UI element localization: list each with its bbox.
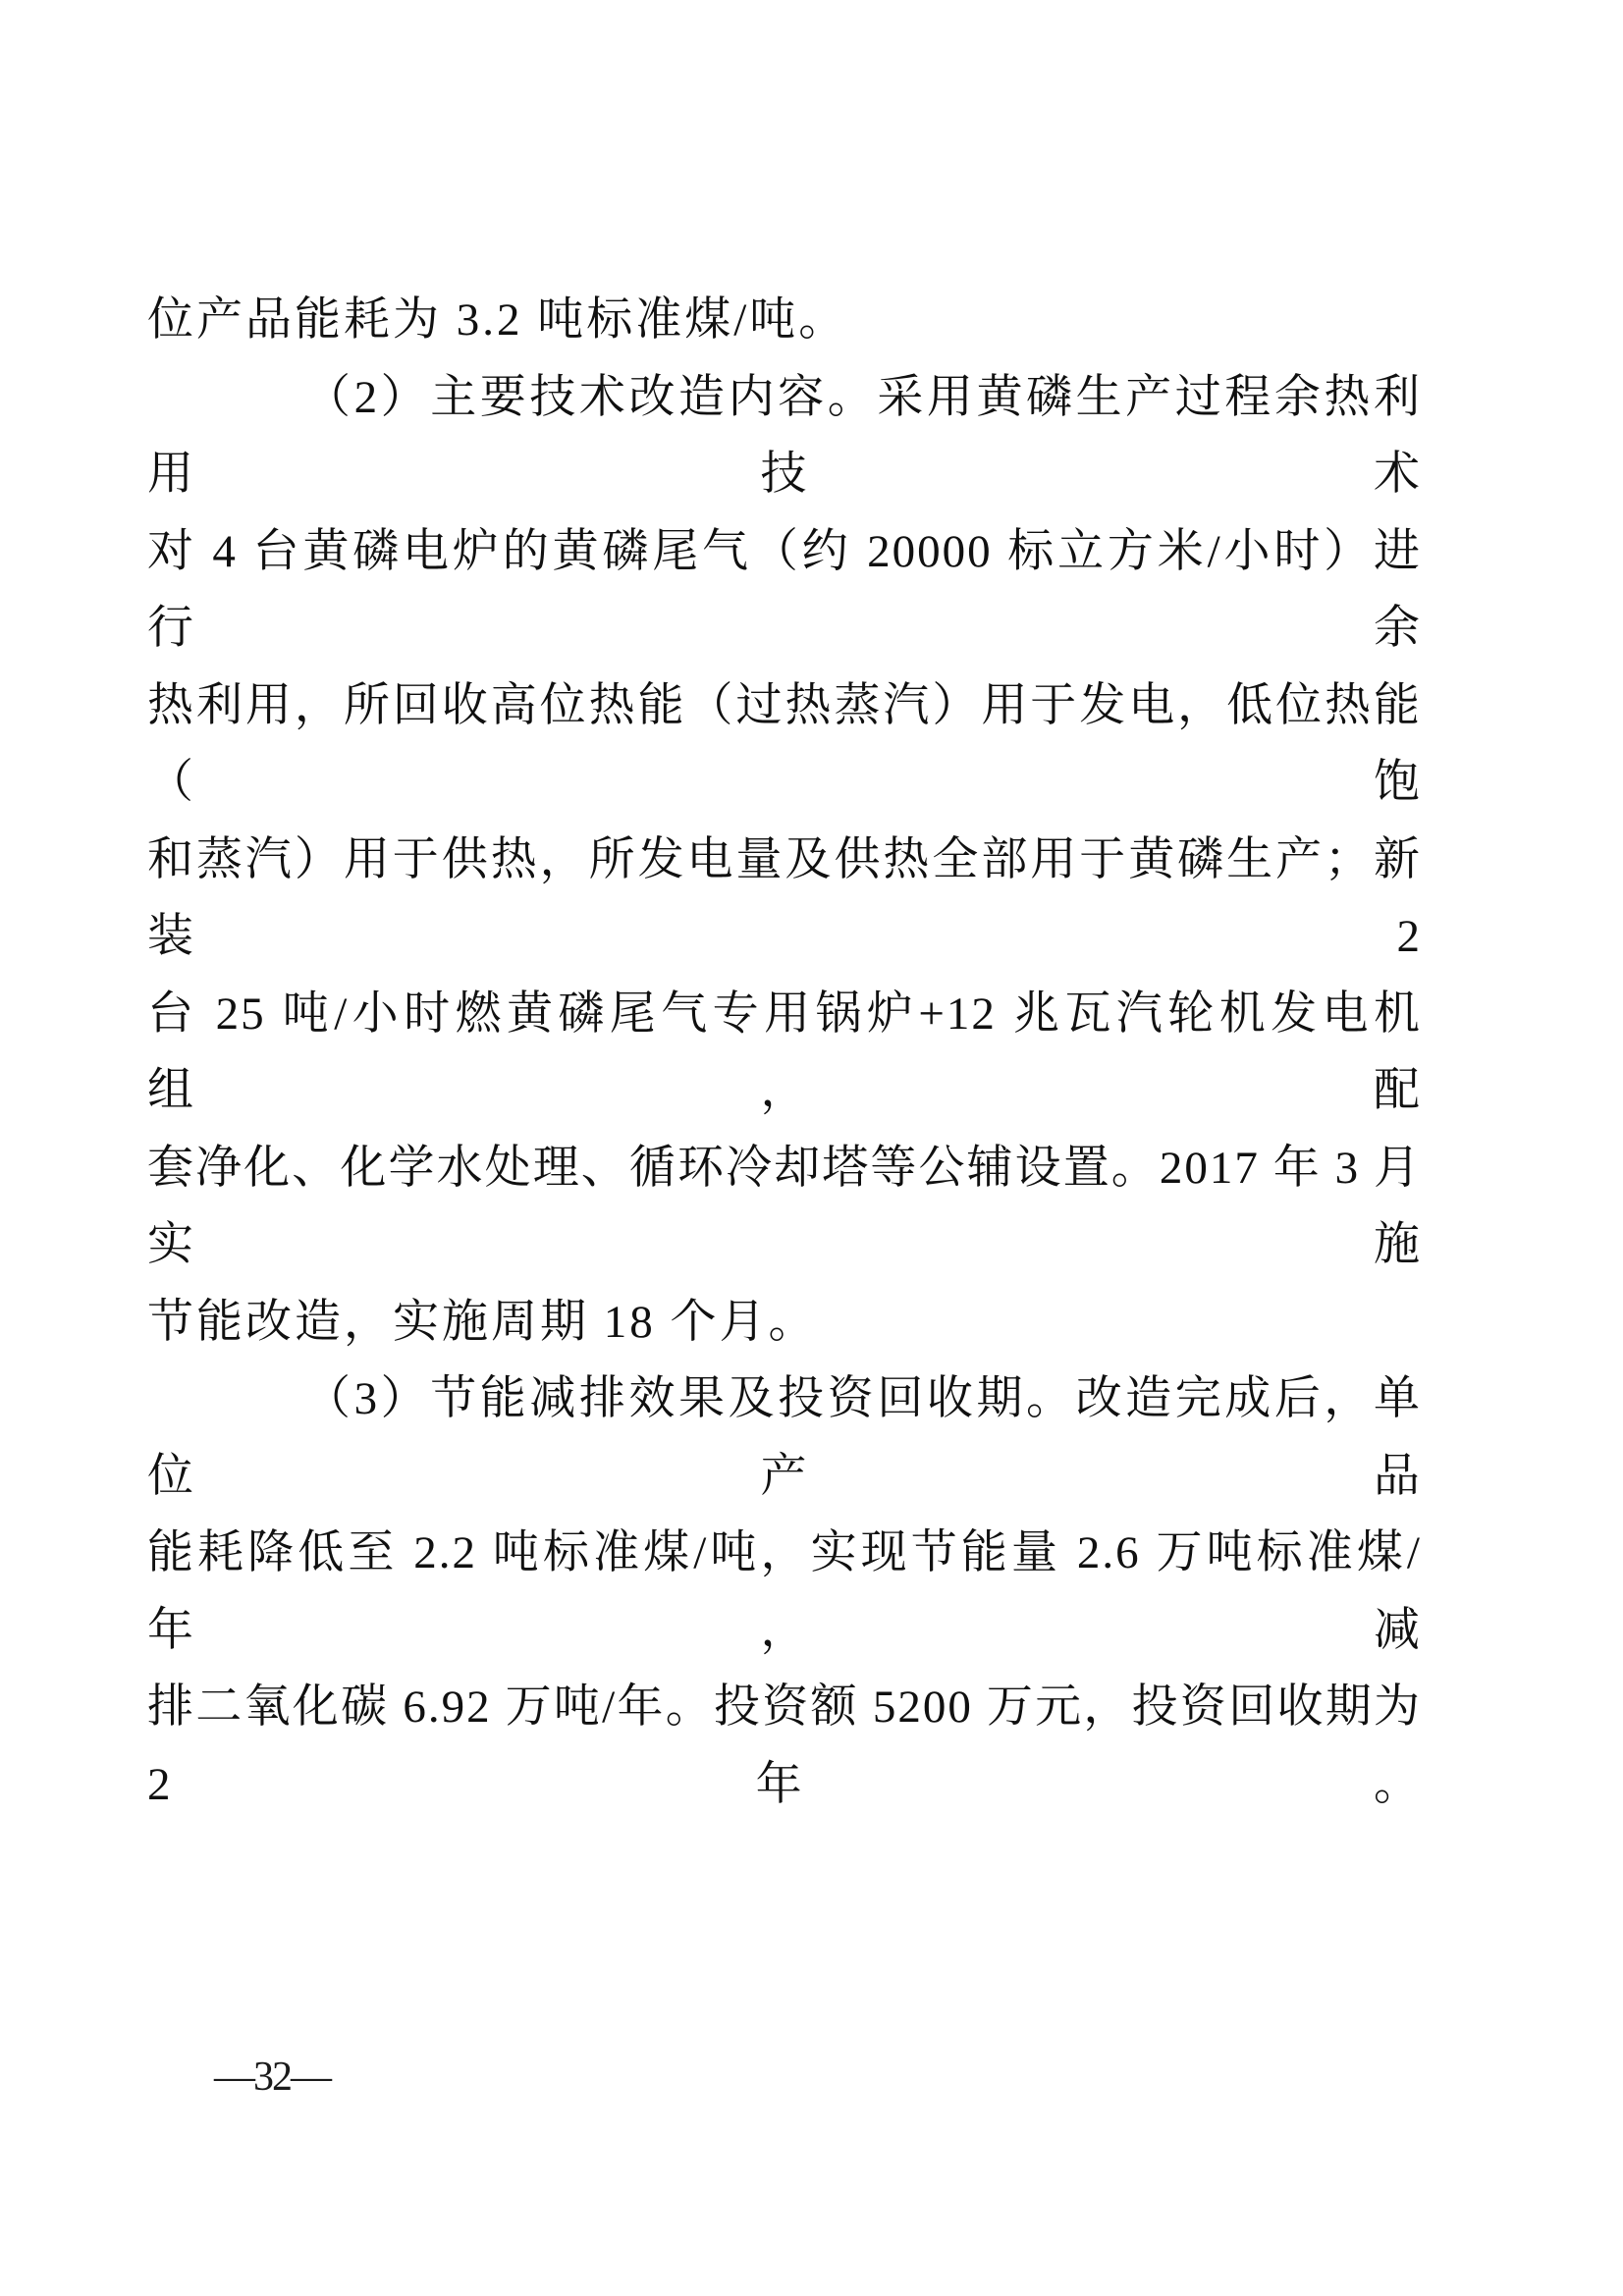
text-line: 台 25 吨/小时燃黄磷尾气专用锅炉+12 兆瓦汽轮机发电机组，配	[147, 976, 1422, 1130]
text-line: （3）节能减排效果及投资回收期。改造完成后，单位产品	[147, 1361, 1422, 1515]
text-line: 能耗降低至 2.2 吨标准煤/吨，实现节能量 2.6 万吨标准煤/年，减	[147, 1515, 1422, 1669]
text-line: 位产品能耗为 3.2 吨标准煤/吨。	[147, 282, 1422, 359]
text-line: 套净化、化学水处理、循环冷却塔等公辅设置。2017 年 3 月实施	[147, 1130, 1422, 1284]
text-line: 和蒸汽）用于供热，所发电量及供热全部用于黄磷生产；新装 2	[147, 822, 1422, 976]
page-number: —32—	[214, 2052, 330, 2103]
document-page: 位产品能耗为 3.2 吨标准煤/吨。 （2）主要技术改造内容。采用黄磷生产过程余…	[0, 0, 1623, 2296]
body-text-block: 位产品能耗为 3.2 吨标准煤/吨。 （2）主要技术改造内容。采用黄磷生产过程余…	[147, 282, 1422, 1823]
text-line: 节能改造，实施周期 18 个月。	[147, 1284, 1422, 1362]
text-line: 热利用，所回收高位热能（过热蒸汽）用于发电，低位热能（饱	[147, 667, 1422, 822]
text-line: 对 4 台黄磷电炉的黄磷尾气（约 20000 标立方米/小时）进行余	[147, 513, 1422, 667]
text-line: 排二氧化碳 6.92 万吨/年。投资额 5200 万元，投资回收期为 2 年。	[147, 1669, 1422, 1823]
text-line: （2）主要技术改造内容。采用黄磷生产过程余热利用技术	[147, 359, 1422, 513]
